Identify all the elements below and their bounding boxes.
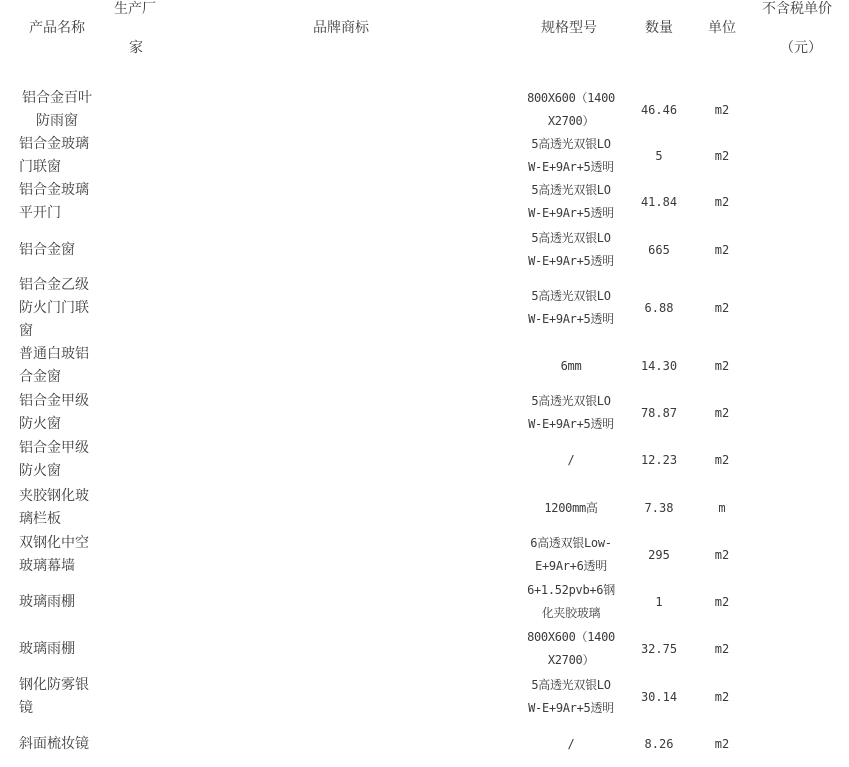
header-unit: 单位: [708, 19, 736, 38]
product-name-line: 铝合金甲级: [19, 390, 89, 413]
header-manufacturer-line1: 生产厂: [114, 0, 156, 19]
product-name-line: 铝合金乙级: [19, 274, 89, 297]
cell-unit: m2: [700, 87, 744, 133]
table-row: 铝合金玻璃平开门5高透光双银LOW-E+9Ar+5透明41.84m2: [0, 179, 849, 225]
cell-brand: [170, 179, 510, 225]
spec-line: W-E+9Ar+5透明: [508, 156, 634, 179]
table-row: 铝合金玻璃门联窗5高透光双银LOW-E+9Ar+5透明5m2: [0, 133, 849, 179]
cell-unit: m2: [700, 390, 744, 436]
cell-quantity: 30.14: [630, 672, 688, 722]
header-spec: 规格型号: [541, 19, 597, 38]
product-name-line: 防火窗: [19, 413, 89, 436]
cell-manufacturer: [100, 626, 170, 672]
cell-product-name: 铝合金甲级防火窗: [19, 437, 103, 483]
cell-manufacturer: [100, 532, 170, 578]
cell-product-name: 铝合金百叶防雨窗: [19, 87, 103, 133]
cell-brand: [170, 672, 510, 722]
cell-price: [752, 722, 849, 766]
cell-brand: [170, 579, 510, 625]
product-name-line: 窗: [19, 320, 89, 343]
cell-unit: m: [700, 483, 744, 533]
cell-quantity: 5: [630, 133, 688, 179]
spec-line: 6+1.52pvb+6钢: [508, 579, 634, 602]
spec-line: E+9Ar+6透明: [508, 555, 634, 578]
cell-brand: [170, 275, 510, 341]
spec-line: 5高透光双银LO: [508, 285, 634, 308]
product-name-line: 防火门门联: [19, 297, 89, 320]
spec-line: 800X600（1400: [508, 626, 634, 649]
cell-spec: 5高透光双银LOW-E+9Ar+5透明: [508, 275, 634, 341]
cell-unit: m2: [700, 672, 744, 722]
cell-quantity: 7.38: [630, 483, 688, 533]
header-quantity: 数量: [645, 19, 673, 38]
cell-price: [752, 275, 849, 341]
product-name-line: 玻璃雨棚: [19, 638, 75, 661]
cell-quantity: 78.87: [630, 390, 688, 436]
cell-product-name: 铝合金乙级防火门门联窗: [19, 275, 103, 341]
cell-spec: 5高透光双银LOW-E+9Ar+5透明: [508, 179, 634, 225]
cell-product-name: 玻璃雨棚: [19, 579, 103, 625]
product-name-line: 铝合金窗: [19, 239, 75, 262]
cell-spec: 5高透光双银LOW-E+9Ar+5透明: [508, 390, 634, 436]
product-name-line: 铝合金百叶: [22, 87, 92, 110]
cell-manufacturer: [100, 341, 170, 391]
cell-unit: m2: [700, 722, 744, 766]
cell-unit: m2: [700, 626, 744, 672]
cell-brand: [170, 722, 510, 766]
cell-product-name: 夹胶钢化玻璃栏板: [19, 483, 103, 533]
product-name-line: 铝合金甲级: [19, 437, 89, 460]
spec-line: W-E+9Ar+5透明: [508, 413, 634, 436]
product-name-line: 镜: [19, 697, 89, 720]
spec-line: 1200mm高: [508, 497, 634, 520]
cell-manufacturer: [100, 179, 170, 225]
product-name-line: 防雨窗: [22, 110, 92, 133]
table-row: 铝合金百叶防雨窗800X600（1400X2700）46.46m2: [0, 87, 849, 133]
cell-product-name: 钢化防雾银镜: [19, 672, 103, 722]
cell-quantity: 46.46: [630, 87, 688, 133]
cell-unit: m2: [700, 437, 744, 483]
cell-unit: m2: [700, 341, 744, 391]
spec-line: 6高透双银Low-: [508, 532, 634, 555]
product-name-line: 玻璃雨棚: [19, 591, 75, 614]
cell-product-name: 普通白玻铝合金窗: [19, 341, 103, 391]
cell-manufacturer: [100, 133, 170, 179]
table-row: 斜面梳妆镜/8.26m2: [0, 722, 849, 766]
cell-spec: /: [508, 722, 634, 766]
table-row: 铝合金乙级防火门门联窗5高透光双银LOW-E+9Ar+5透明6.88m2: [0, 275, 849, 341]
spec-line: W-E+9Ar+5透明: [508, 697, 634, 720]
table-row: 铝合金甲级防火窗/12.23m2: [0, 437, 849, 483]
cell-manufacturer: [100, 87, 170, 133]
cell-manufacturer: [100, 483, 170, 533]
cell-unit: m2: [700, 133, 744, 179]
table-row: 玻璃雨棚800X600（1400X2700）32.75m2: [0, 626, 849, 672]
spec-line: /: [508, 733, 634, 756]
header-brand: 品牌商标: [313, 19, 369, 38]
cell-spec: /: [508, 437, 634, 483]
table-row: 铝合金甲级防火窗5高透光双银LOW-E+9Ar+5透明78.87m2: [0, 390, 849, 436]
cell-price: [752, 87, 849, 133]
cell-quantity: 665: [630, 225, 688, 275]
product-name-line: 夹胶钢化玻: [19, 485, 89, 508]
cell-brand: [170, 225, 510, 275]
table-row: 钢化防雾银镜5高透光双银LOW-E+9Ar+5透明30.14m2: [0, 672, 849, 722]
spec-line: 5高透光双银LO: [508, 179, 634, 202]
cell-spec: 5高透光双银LOW-E+9Ar+5透明: [508, 225, 634, 275]
product-name-line: 双钢化中空: [19, 532, 89, 555]
cell-price: [752, 532, 849, 578]
cell-manufacturer: [100, 390, 170, 436]
spec-line: /: [508, 449, 634, 472]
cell-spec: 800X600（1400X2700）: [508, 626, 634, 672]
cell-price: [752, 225, 849, 275]
spec-line: 6mm: [508, 355, 634, 378]
cell-quantity: 12.23: [630, 437, 688, 483]
product-name-line: 防火窗: [19, 460, 89, 483]
cell-brand: [170, 532, 510, 578]
table-row: 夹胶钢化玻璃栏板1200mm高7.38m: [0, 483, 849, 533]
spec-line: X2700）: [508, 110, 634, 133]
cell-product-name: 双钢化中空玻璃幕墙: [19, 532, 103, 578]
spec-line: W-E+9Ar+5透明: [508, 250, 634, 273]
product-name-line: 铝合金玻璃: [19, 133, 89, 156]
cell-price: [752, 626, 849, 672]
product-name-line: 钢化防雾银: [19, 674, 89, 697]
cell-manufacturer: [100, 722, 170, 766]
cell-unit: m2: [700, 225, 744, 275]
cell-quantity: 295: [630, 532, 688, 578]
product-name-line: 平开门: [19, 202, 89, 225]
table-row: 普通白玻铝合金窗6mm14.30m2: [0, 341, 849, 391]
cell-price: [752, 390, 849, 436]
cell-spec: 6mm: [508, 341, 634, 391]
cell-price: [752, 483, 849, 533]
product-name-line: 璃栏板: [19, 508, 89, 531]
product-name-line: 合金窗: [19, 366, 89, 389]
cell-brand: [170, 133, 510, 179]
table-row: 双钢化中空玻璃幕墙6高透双银Low-E+9Ar+6透明295m2: [0, 532, 849, 578]
cell-manufacturer: [100, 579, 170, 625]
cell-quantity: 1: [630, 579, 688, 625]
product-name-line: 斜面梳妆镜: [19, 733, 89, 756]
header-manufacturer-line2: 家: [129, 39, 143, 58]
header-price-line1: 不含税单价: [762, 0, 832, 19]
cell-price: [752, 341, 849, 391]
cell-spec: 5高透光双银LOW-E+9Ar+5透明: [508, 133, 634, 179]
cell-brand: [170, 483, 510, 533]
cell-manufacturer: [100, 275, 170, 341]
spec-line: 5高透光双银LO: [508, 227, 634, 250]
cell-spec: 1200mm高: [508, 483, 634, 533]
cell-quantity: 6.88: [630, 275, 688, 341]
spec-line: 5高透光双银LO: [508, 133, 634, 156]
table-row: 玻璃雨棚6+1.52pvb+6钢化夹胶玻璃1m2: [0, 579, 849, 625]
cell-price: [752, 579, 849, 625]
cell-manufacturer: [100, 672, 170, 722]
cell-price: [752, 437, 849, 483]
spec-line: 800X600（1400: [508, 87, 634, 110]
cell-brand: [170, 390, 510, 436]
cell-unit: m2: [700, 579, 744, 625]
cell-unit: m2: [700, 532, 744, 578]
cell-brand: [170, 626, 510, 672]
product-name-line: 玻璃幕墙: [19, 555, 89, 578]
spec-line: X2700）: [508, 649, 634, 672]
cell-unit: m2: [700, 179, 744, 225]
cell-product-name: 铝合金玻璃门联窗: [19, 133, 103, 179]
cell-quantity: 8.26: [630, 722, 688, 766]
cell-brand: [170, 341, 510, 391]
spec-line: W-E+9Ar+5透明: [508, 202, 634, 225]
cell-price: [752, 179, 849, 225]
cell-unit: m2: [700, 275, 744, 341]
product-name-line: 门联窗: [19, 156, 89, 179]
spec-line: W-E+9Ar+5透明: [508, 308, 634, 331]
cell-manufacturer: [100, 225, 170, 275]
cell-product-name: 斜面梳妆镜: [19, 722, 103, 766]
header-price-line2: （元）: [780, 39, 822, 58]
spec-line: 5高透光双银LO: [508, 674, 634, 697]
cell-product-name: 铝合金甲级防火窗: [19, 390, 103, 436]
cell-spec: 800X600（1400X2700）: [508, 87, 634, 133]
product-name-line: 普通白玻铝: [19, 343, 89, 366]
header-product-name: 产品名称: [29, 19, 85, 38]
cell-spec: 5高透光双银LOW-E+9Ar+5透明: [508, 672, 634, 722]
cell-brand: [170, 87, 510, 133]
cell-price: [752, 133, 849, 179]
cell-product-name: 铝合金窗: [19, 225, 103, 275]
spec-line: 化夹胶玻璃: [508, 602, 634, 625]
cell-quantity: 14.30: [630, 341, 688, 391]
cell-spec: 6+1.52pvb+6钢化夹胶玻璃: [508, 579, 634, 625]
spec-line: 5高透光双银LO: [508, 390, 634, 413]
cell-product-name: 玻璃雨棚: [19, 626, 103, 672]
cell-manufacturer: [100, 437, 170, 483]
product-name-line: 铝合金玻璃: [19, 179, 89, 202]
cell-quantity: 41.84: [630, 179, 688, 225]
cell-spec: 6高透双银Low-E+9Ar+6透明: [508, 532, 634, 578]
cell-price: [752, 672, 849, 722]
cell-quantity: 32.75: [630, 626, 688, 672]
table-row: 铝合金窗5高透光双银LOW-E+9Ar+5透明665m2: [0, 225, 849, 275]
cell-product-name: 铝合金玻璃平开门: [19, 179, 103, 225]
cell-brand: [170, 437, 510, 483]
